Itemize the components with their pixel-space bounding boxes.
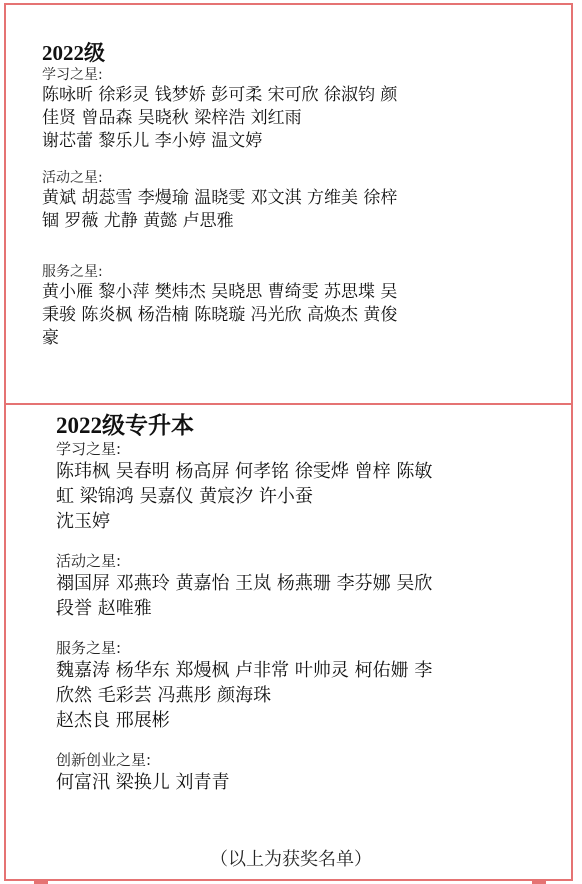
names-line: 谢芯蕾 黎乐儿 李小婷 温文婷 (42, 130, 442, 153)
category-label-study-star: 学习之星: (56, 440, 496, 459)
names-line: 豪 (42, 327, 442, 350)
names-line: 禤国屏 邓燕玲 黄嘉怡 王岚 杨燕珊 李芬娜 吴欣 (56, 571, 496, 596)
names-line: 黄小雁 黎小萍 樊炜杰 吴晓思 曹绮雯 苏思堞 吴 (42, 281, 442, 304)
names-line: 欣然 毛彩芸 冯燕彤 颜海珠 (56, 683, 496, 708)
category-label-service-star: 服务之星: (42, 263, 442, 281)
names-line: 佳贤 曾品森 吴晓秋 梁梓浩 刘红雨 (42, 107, 442, 130)
names-line: 陈玮枫 吴春明 杨高屏 何孝铭 徐雯烨 曾梓 陈敏 (56, 459, 496, 484)
footer-note: （以上为获奖名单） (0, 845, 582, 871)
names-line: 何富汛 梁换儿 刘青青 (56, 770, 496, 795)
names-line: 沈玉婷 (56, 509, 496, 534)
category-label-innovation-star: 创新创业之星: (56, 751, 496, 770)
names-line: 秉骏 陈炎枫 杨浩楠 陈晓璇 冯光欣 高焕杰 黄俊 (42, 304, 442, 327)
section-title: 2022级专升本 (56, 412, 496, 440)
names-line: 虹 梁锦鸿 吴嘉仪 黄宸汐 许小蚕 (56, 484, 496, 509)
category-label-service-star: 服务之星: (56, 639, 496, 658)
section-2022: 2022级 学习之星: 陈咏昕 徐彩灵 钱梦娇 彭可柔 宋可欣 徐淑钧 颜 佳贤… (42, 40, 442, 350)
category-label-study-star: 学习之星: (42, 66, 442, 84)
names-line: 魏嘉涛 杨华东 郑熳枫 卢非常 叶帅灵 柯佑姗 李 (56, 658, 496, 683)
section-2022-upgrade: 2022级专升本 学习之星: 陈玮枫 吴春明 杨高屏 何孝铭 徐雯烨 曾梓 陈敏… (56, 412, 496, 795)
category-label-activity-star: 活动之星: (56, 552, 496, 571)
names-line: 段誉 赵唯雅 (56, 596, 496, 621)
names-line: 陈咏昕 徐彩灵 钱梦娇 彭可柔 宋可欣 徐淑钧 颜 (42, 84, 442, 107)
names-line: 黄斌 胡蕊雪 李熳瑜 温晓雯 邓文淇 方维美 徐梓 (42, 187, 442, 210)
category-label-activity-star: 活动之星: (42, 169, 442, 187)
names-line: 锢 罗薇 尤静 黄懿 卢思雅 (42, 210, 442, 233)
section-title: 2022级 (42, 40, 442, 66)
names-line: 赵杰良 邢展彬 (56, 708, 496, 733)
